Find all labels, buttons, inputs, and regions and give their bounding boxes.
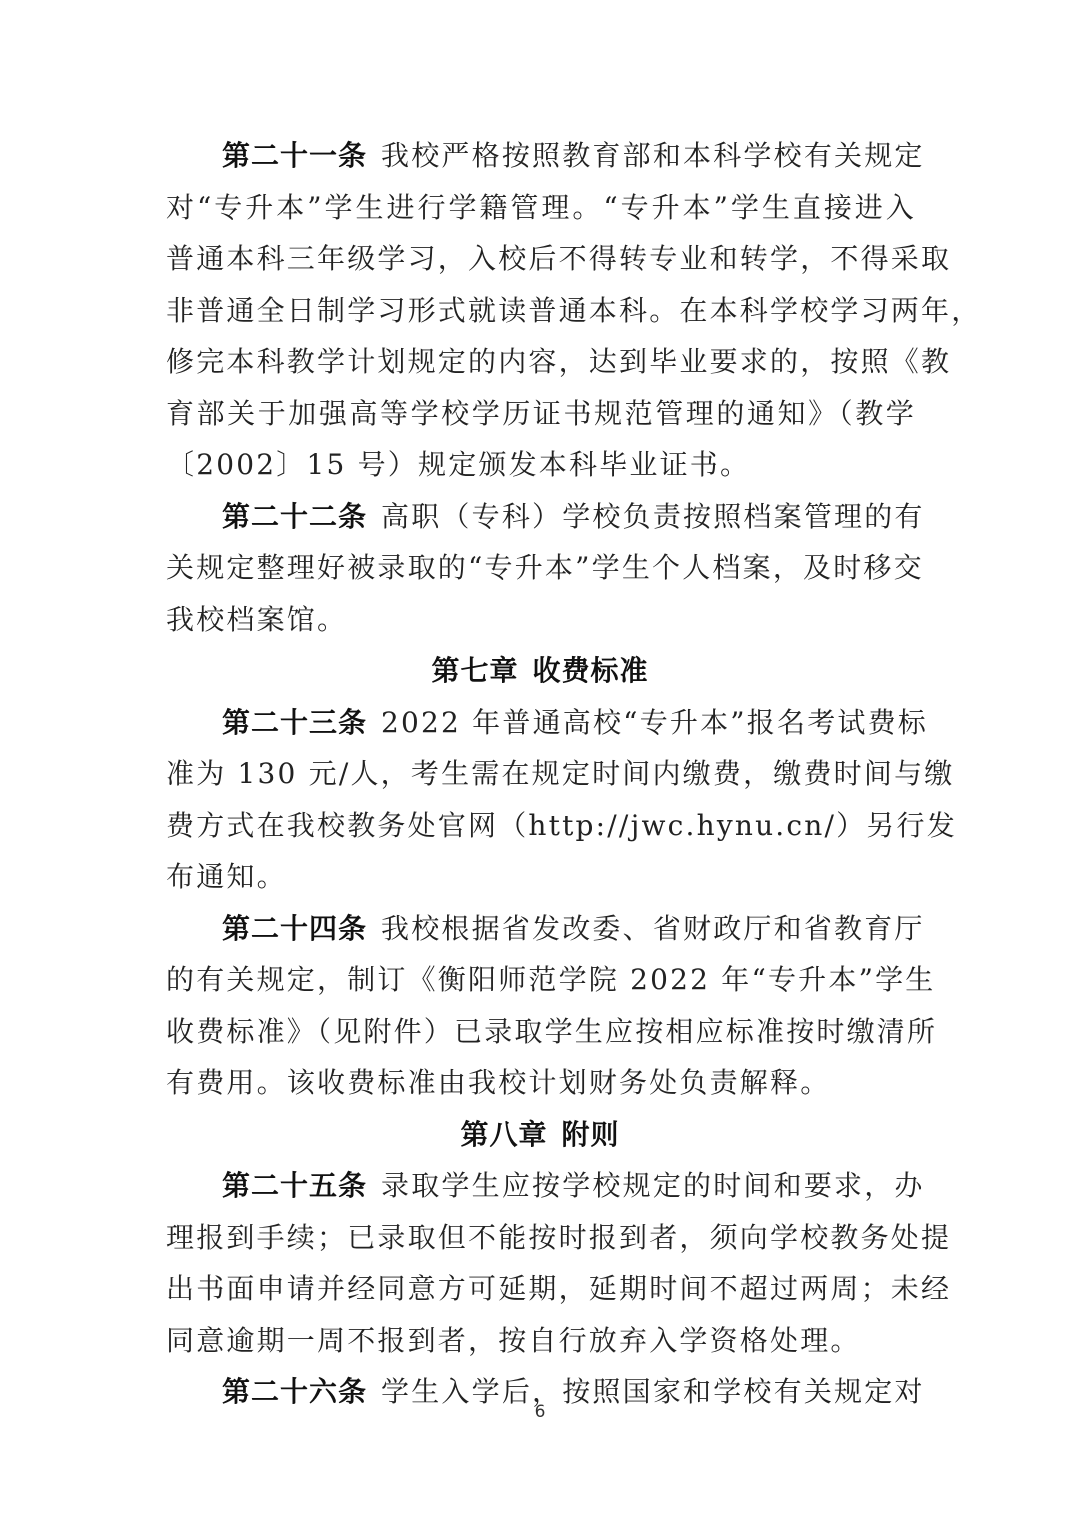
article-25-line-4: 同意逾期一周不报到者，按自行放弃入学资格处理。 — [166, 1315, 926, 1367]
article-25-line-3: 出书面申请并经同意方可延期，延期时间不超过两周；未经 — [166, 1263, 916, 1315]
article-25-line-2: 理报到手续；已录取但不能按时报到者，须向学校教务处提 — [166, 1212, 916, 1264]
article-21-line-7: 〔2002〕15 号）规定颁发本科毕业证书。 — [166, 439, 926, 491]
article-22-line-1: 第二十二条高职（专科）学校负责按照档案管理的有 — [222, 491, 916, 543]
article-23-line-3: 费方式在我校教务处官网（http://jwc.hynu.cn/）另行发 — [166, 800, 916, 852]
article-21-line-5: 修完本科教学计划规定的内容，达到毕业要求的，按照《教 — [166, 336, 916, 388]
article-23-line-4: 布通知。 — [166, 851, 926, 903]
article-21-label: 第二十一条 — [222, 139, 367, 172]
chapter-7-title: 收费标准 — [533, 654, 649, 687]
document-page: 第二十一条我校严格按照教育部和本科学校有关规定 对“专升本”学生进行学籍管理。“… — [0, 0, 1080, 1527]
chapter-8-number: 第八章 — [460, 1118, 547, 1151]
article-21-line-3: 普通本科三年级学习，入校后不得转专业和转学，不得采取 — [166, 233, 916, 285]
article-24-line-4: 有费用。该收费标准由我校计划财务处负责解释。 — [166, 1057, 926, 1109]
article-22-line-2: 关规定整理好被录取的“专升本”学生个人档案，及时移交 — [166, 542, 916, 594]
article-23-line-2: 准为 130 元/人，考生需在规定时间内缴费，缴费时间与缴 — [166, 748, 916, 800]
article-24-line-1: 第二十四条我校根据省发改委、省财政厅和省教育厅 — [222, 903, 916, 955]
article-24-line-2: 的有关规定，制订《衡阳师范学院 2022 年“专升本”学生 — [166, 954, 916, 1006]
article-24-line-3: 收费标准》（见附件）已录取学生应按相应标准按时缴清所 — [166, 1006, 916, 1058]
article-25-line-1: 第二十五条录取学生应按学校规定的时间和要求，办 — [222, 1160, 916, 1212]
article-21-line-2: 对“专升本”学生进行学籍管理。“专升本”学生直接进入 — [166, 182, 916, 234]
chapter-8-heading: 第八章附则 — [0, 1109, 1080, 1161]
article-25-label: 第二十五条 — [222, 1169, 367, 1202]
article-22-label: 第二十二条 — [222, 500, 367, 533]
article-22-line-3: 我校档案馆。 — [166, 594, 926, 646]
article-23-label: 第二十三条 — [222, 706, 367, 739]
article-21-line-1: 第二十一条我校严格按照教育部和本科学校有关规定 — [222, 130, 916, 182]
article-21-line-6: 育部关于加强高等学校学历证书规范管理的通知》（教学 — [166, 388, 916, 440]
article-23-line-1: 第二十三条2022 年普通高校“专升本”报名考试费标 — [222, 697, 916, 749]
chapter-8-title: 附则 — [562, 1118, 620, 1151]
chapter-7-number: 第七章 — [431, 654, 518, 687]
article-24-label: 第二十四条 — [222, 912, 367, 945]
page-number: 6 — [0, 1402, 1080, 1422]
article-21-line-4: 非普通全日制学习形式就读普通本科。在本科学校学习两年， — [166, 285, 916, 337]
chapter-7-heading: 第七章收费标准 — [0, 645, 1080, 697]
